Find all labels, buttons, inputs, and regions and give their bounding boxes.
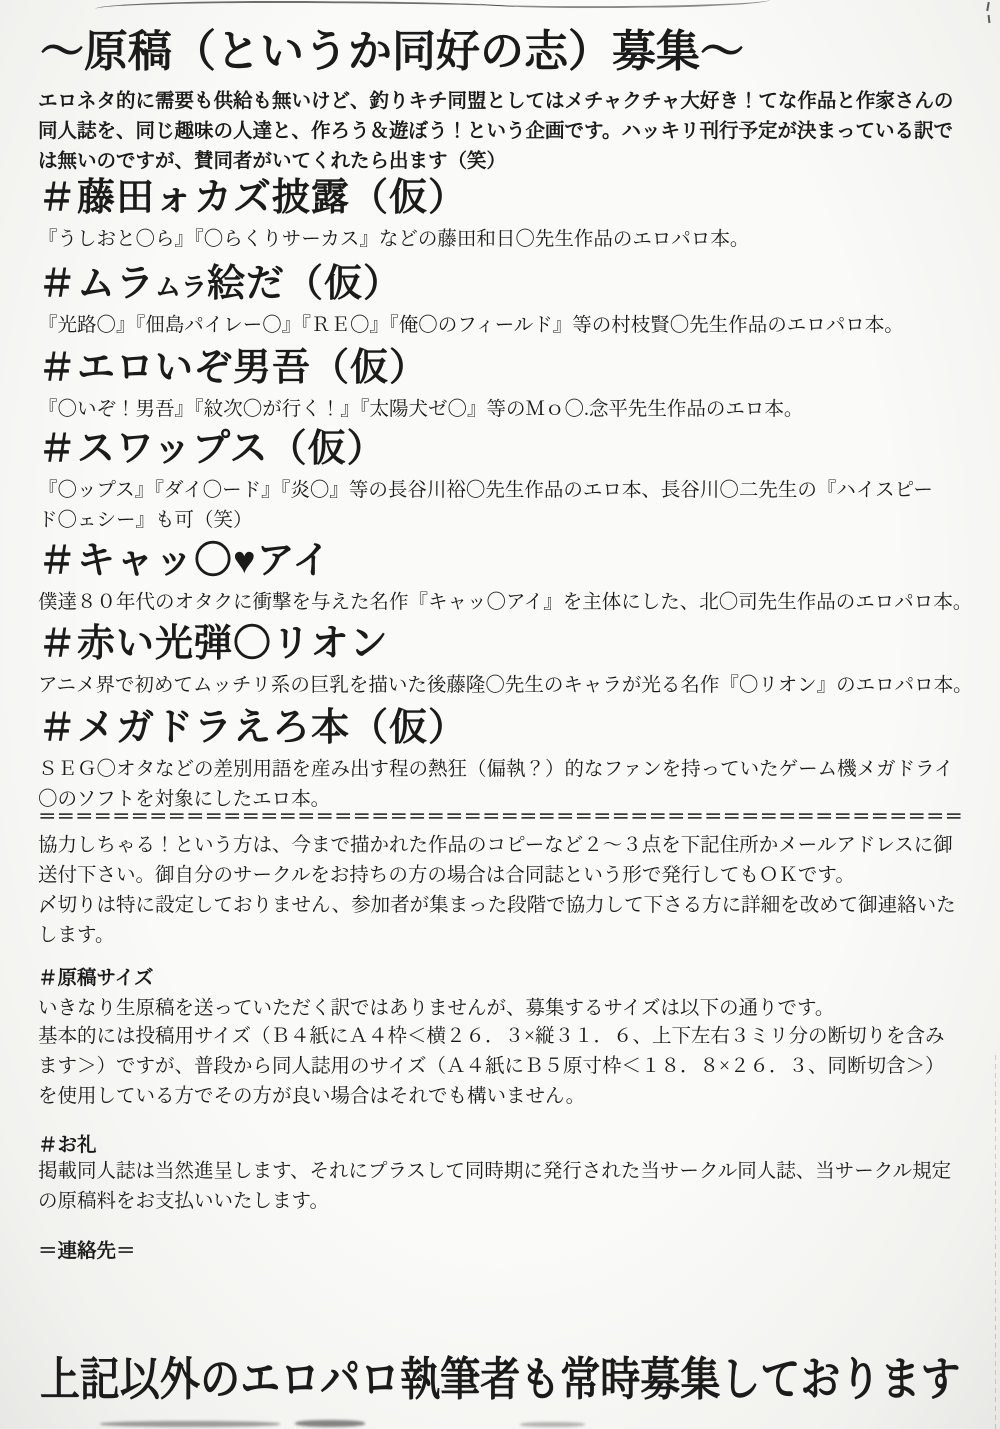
section-description: ＳＥＧ〇オタなどの差別用語を産み出す程の熱狂（偏執？）的なファンを持っていたゲー… (38, 755, 954, 815)
submission-instructions: 協力しちゃる！という方は、今まで描かれた作品のコピーなど２～３点を下記住所かメー… (38, 831, 956, 951)
section-description: 『光路〇』『佃島パイレー〇』『ＲＥ〇』『俺〇のフィールド』等の村枝賢〇先生作品の… (38, 311, 904, 341)
section-fujita-okazu: ＃藤田ォカズ披露（仮） 『うしおと〇ら』『〇らくりサーカス』などの藤田和日〇先生… (38, 176, 749, 255)
page-title: ～原稿（というか同好の志）募集～ (40, 24, 744, 80)
contact-blank-area (38, 1270, 958, 1340)
section-title-text: ＃スワップス（仮） (38, 428, 386, 470)
scan-artifact-corner-mark (984, 2, 994, 26)
section-title-rest: 絵だ（仮） (207, 263, 402, 305)
section-description: 僕達８０年代のオタクに衝撃を与えた名作『キャッ〇アイ』を主体にした、北〇司先生作… (38, 588, 972, 618)
section-description: 『うしおと〇ら』『〇らくりサーカス』などの藤田和日〇先生作品のエロパロ本。 (38, 225, 749, 255)
section-title-text: ＃メガドラえろ本（仮） (38, 707, 467, 749)
section-description: 『〇ップス』『ダイ〇ード』『炎〇』等の長谷川裕〇先生作品のエロ本、長谷川〇二先生… (38, 476, 933, 536)
scan-artifact-smudge (100, 1421, 280, 1427)
section-title: ＃赤い光弾〇リオン (38, 622, 973, 669)
scan-artifact-smudge (520, 1422, 585, 1427)
section-description: 『〇いぞ！男吾』『紋次〇が行く！』『太陽犬ゼ〇』等のＭｏ〇.念平先生作品のエロ本… (38, 395, 803, 425)
section-swaps: ＃スワップス（仮） 『〇ップス』『ダイ〇ード』『炎〇』等の長谷川裕〇先生作品のエ… (38, 427, 933, 536)
section-divider: ＝＝＝＝＝＝＝＝＝＝＝＝＝＝＝＝＝＝＝＝＝＝＝＝＝＝＝＝＝＝＝＝＝＝＝＝＝＝＝＝… (38, 810, 963, 826)
section-title: ＃藤田ォカズ披露（仮） (38, 176, 749, 223)
scan-artifact-smudge (295, 1420, 365, 1427)
section-akai-kodan-rion: ＃赤い光弾〇リオン アニメ界で初めてムッチリ系の巨乳を描いた後藤隆〇先生のキャラ… (38, 622, 973, 701)
section-title-text: ＃藤田ォカズ披露（仮） (38, 177, 467, 219)
section-title: ＃メガドラえろ本（仮） (38, 706, 954, 753)
section-megadrive-ero: ＃メガドラえろ本（仮） ＳＥＧ〇オタなどの差別用語を産み出す程の熱狂（偏執？）的… (38, 706, 954, 815)
intro-paragraph: エロネタ的に需要も供給も無いけど、釣りキチ同盟としてはメチャクチャ大好き！てな作… (38, 87, 953, 177)
footer-recruit-note: 上記以外のエロパロ執筆者も常時募集しております (40, 1352, 960, 1408)
section-title-text: ＃ムラ (38, 263, 155, 305)
scan-artifact-edge-line (995, 1055, 997, 1429)
section-title-text: ＃エロいぞ男吾（仮） (38, 347, 428, 389)
manuscript-size-detail: 基本的には投稿用サイズ（Ｂ４紙にＡ４枠＜横２６．３×縦３１．６、上下左右３ミリ分… (38, 1022, 944, 1112)
section-muramura-e: ＃ムラムラ絵だ（仮） 『光路〇』『佃島パイレー〇』『ＲＥ〇』『俺〇のフィールド』… (38, 262, 904, 341)
section-title-text: ＃赤い光弾〇リオン (38, 623, 389, 665)
deadline-paragraph: 〆切りは特に設定しておりません、参加者が集まった段階で協力して下さる方に詳細を改… (38, 891, 956, 951)
section-title: ＃スワップス（仮） (38, 427, 933, 474)
scan-artifact-top-smear-2 (480, 0, 770, 9)
scan-artifact-top-smear (95, 0, 515, 11)
reward-paragraph: 掲載同人誌は当然進呈します、それにプラスして同時期に発行された当サークル同人誌、… (38, 1157, 951, 1217)
section-title: ＃エロいぞ男吾（仮） (38, 346, 803, 393)
manuscript-size-intro: いきなり生原稿を送っていただく訳ではありませんが、募集するサイズは以下の通りです… (38, 994, 834, 1024)
manuscript-size-heading: ＃原稿サイズ (38, 964, 153, 994)
section-title-small: ムラ (155, 272, 207, 302)
section-title: ＃キャッ〇♥アイ (38, 539, 972, 586)
section-title: ＃ムラムラ絵だ（仮） (38, 262, 904, 309)
contact-heading: ＝連絡先＝ (38, 1237, 136, 1267)
section-cats-eye: ＃キャッ〇♥アイ 僕達８０年代のオタクに衝撃を与えた名作『キャッ〇アイ』を主体に… (38, 539, 972, 618)
section-ero-izo-dango: ＃エロいぞ男吾（仮） 『〇いぞ！男吾』『紋次〇が行く！』『太陽犬ゼ〇』等のＭｏ〇… (38, 346, 803, 425)
section-title-text: ＃キャッ〇♥アイ (38, 540, 331, 582)
scanned-recruitment-page: ～原稿（というか同好の志）募集～ エロネタ的に需要も供給も無いけど、釣りキチ同盟… (0, 0, 1000, 1429)
section-description: アニメ界で初めてムッチリ系の巨乳を描いた後藤隆〇先生のキャラが光る名作『〇リオン… (38, 671, 973, 701)
cooperation-paragraph: 協力しちゃる！という方は、今まで描かれた作品のコピーなど２～３点を下記住所かメー… (38, 831, 956, 891)
